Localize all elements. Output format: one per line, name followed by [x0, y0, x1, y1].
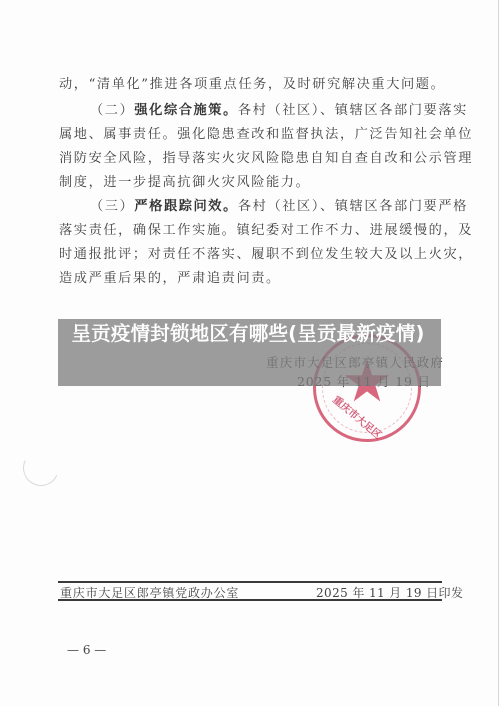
body-line-3: 属地、属事责任。强化隐患查改和监督执法，广泛告知社会单位: [59, 127, 473, 143]
page-edge: [498, 0, 499, 706]
section-heading: 强化综合施策。: [134, 103, 238, 118]
body-line-6: （三）严格跟踪问效。各村（社区）、镇辖区各部门要严格: [90, 199, 468, 215]
footer-rule-top: [58, 581, 442, 583]
body-line-1: 动，“清单化”推进各项重点任务，及时研究解决重大问题。: [59, 77, 445, 93]
footer-rule-bottom: [58, 599, 442, 601]
section-prefix: （三）: [90, 199, 134, 214]
section-heading: 严格跟踪问效。: [134, 199, 238, 214]
body-line-9: 造成严重后果的，严肃追责问责。: [59, 271, 281, 287]
overlay-title: 呈贡疫情封锁地区有哪些(呈贡最新疫情): [68, 321, 428, 347]
scan-artifact-arc: [18, 445, 64, 491]
body-line-2: （二）强化综合施策。各村（社区）、镇辖区各部门要落实: [90, 103, 468, 119]
page-number: — 6 —: [67, 643, 106, 657]
section-text: 各村（社区）、镇辖区各部门要严格: [238, 199, 468, 214]
section-prefix: （二）: [90, 103, 134, 118]
body-line-7: 落实责任，确保工作实施。镇纪委对工作不力、进展缓慢的，及: [59, 223, 473, 239]
body-line-8: 时通报批评；对责任不落实、履职不到位发生较大及以上火灾，: [59, 247, 473, 263]
section-text: 各村（社区）、镇辖区各部门要落实: [238, 103, 468, 118]
body-line-4: 消防安全风险，指导落实火灾风险隐患自知自查自改和公示管理: [59, 151, 473, 167]
body-line-5: 制度，进一步提高抗御火灾风险能力。: [59, 175, 310, 191]
